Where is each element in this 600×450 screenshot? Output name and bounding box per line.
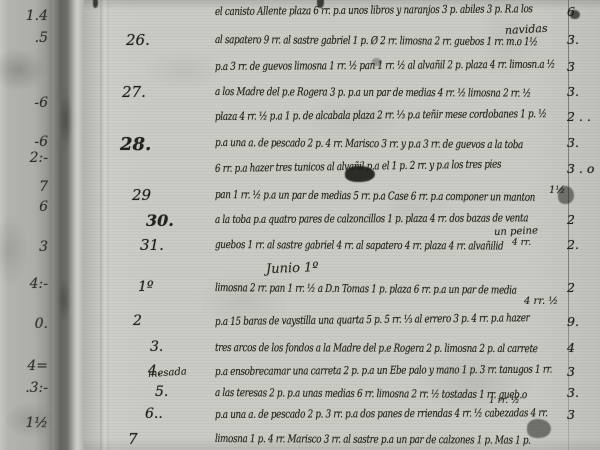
ink-blot-artifact	[558, 186, 574, 204]
entry-number: 31.	[140, 236, 164, 254]
ledger-row: 31.guebos 1 rr. al sastre gabriel 4 rr. …	[0, 238, 600, 260]
entry-line-text: p.a 3 rr. de guevos limosna 1 rr. ½ pan …	[215, 58, 555, 73]
entry-line-text: guebos 1 rr. al sastre gabriel 4 rr. al …	[215, 238, 503, 253]
ledger-row: 2p.a 15 baras de vaystilla una quarta 5 …	[0, 315, 600, 337]
entry-line-text: al sapatero 9 rr. al sastre gabriel 1 p.…	[215, 33, 538, 48]
month-heading: Junio 1º	[266, 260, 319, 277]
entry-total: 2	[567, 212, 575, 227]
ledger-row: 3.tres arcos de los fondos a la Madre de…	[0, 341, 600, 363]
entry-line-text: plaza 4 rr. ½ p.a 1 p. de alcabala plaza…	[215, 107, 547, 123]
entry-number: 2	[133, 313, 142, 329]
entry-line-text: el canisto Allente plaza 6 rr. p.a unos …	[215, 2, 533, 18]
marginal-note: 1 rr. ½	[489, 396, 520, 406]
entry-line-text: limosna 2 rr. pan 1 rr. ½ a D.n Tomas 1 …	[215, 281, 517, 297]
entry-number: 28.	[120, 134, 151, 155]
entry-line-text: pan 1 rr. ½ p.a un par de medias 5 rr. p…	[215, 188, 535, 204]
entry-number: 1º	[138, 279, 154, 295]
entry-number: 26.	[126, 31, 150, 49]
entry-number: 29	[132, 186, 151, 204]
manuscript-ledger-photo: 1.4.5-6-62:-7634:-0.4=.3:-1½ el canisto …	[0, 0, 600, 450]
entry-line-text: p.a una a. de pescado 2 p. 4 rr. Marisco…	[215, 136, 523, 151]
entry-total: 3	[567, 59, 575, 74]
ink-blot-artifact	[527, 419, 551, 438]
entry-number: 3.	[150, 339, 163, 355]
ledger-row: 1ºlimosna 2 rr. pan 1 rr. ½ a D.n Tomas …	[0, 281, 600, 303]
marginal-note: un peine	[494, 225, 538, 238]
entry-number: 27.	[122, 83, 146, 101]
entry-total: 3	[567, 364, 575, 379]
ink-blot-artifact	[345, 166, 375, 182]
entry-total: 3.	[567, 84, 579, 99]
entry-number: 30.	[146, 211, 174, 230]
entry-line-text: a los Madre del p.e Rogera 3 p. p.a un p…	[215, 85, 531, 100]
entry-total: 3.	[567, 385, 579, 400]
marginal-note: navidas	[505, 22, 548, 37]
ink-blot-artifact	[372, 58, 382, 66]
entry-line-text: p.a ensobrecamar una carreta 2 p. p.a un…	[215, 363, 552, 378]
entry-number: 5.	[155, 384, 168, 400]
entry-line-text: limosna 1 p. 4 rr. Marisco 3 rr. al sast…	[215, 432, 531, 447]
ledger-row: 28.p.a una a. de pescado 2 p. 4 rr. Mari…	[0, 136, 600, 158]
entry-total: 9.	[567, 314, 579, 329]
ledger-row: 6 rr. p.a hazer tres tunicos al alvañil …	[0, 162, 600, 184]
entry-total: 3 . o	[567, 161, 594, 176]
entry-total: 3.	[567, 135, 579, 150]
entry-total: 2	[567, 280, 575, 295]
ledger-row: 7limosna 1 p. 4 rr. Marisco 3 rr. al sas…	[0, 432, 600, 450]
entry-line-text: p.a una a. de pescado 2 p. 3 rr. p.a dos…	[215, 406, 548, 421]
entry-total: 3.	[567, 32, 579, 47]
entry-line-text: tres arcos de los fondos a la Madre del …	[215, 341, 538, 355]
entry-total: 2 . .	[567, 109, 591, 124]
ink-blot-artifact	[570, 10, 580, 19]
ledger-row: p.a 3 rr. de guevos limosna 1 rr. ½ pan …	[0, 60, 600, 82]
entry-line-text: a las teresas 2 p. p.a unas medias 6 rr.…	[215, 386, 527, 401]
ledger-row: 4.p.a ensobrecamar una carreta 2 p. p.a …	[0, 365, 600, 387]
ledger-row: 6..p.a una a. de pescado 2 p. 3 rr. p.a …	[0, 408, 600, 430]
ledger-row: plaza 4 rr. ½ p.a 1 p. de alcabala plaza…	[0, 110, 600, 132]
marginal-note: 4 rr. ½	[524, 296, 558, 307]
entry-line-text: p.a 15 baras de vaystilla una quarta 5 p…	[215, 311, 530, 328]
entry-number: 7	[128, 430, 138, 448]
marginal-note: 4 rr.	[512, 238, 531, 248]
entry-number: 6..	[145, 406, 163, 422]
entry-total: 2.	[567, 237, 579, 252]
ledger-row: 27.a los Madre del p.e Rogera 3 p. p.a u…	[0, 85, 600, 107]
ledger-row: 29pan 1 rr. ½ p.a un par de medias 5 rr.…	[0, 188, 600, 210]
entry-total: 3	[567, 407, 575, 422]
entry-line-text: a la toba p.a quatro pares de calzoncill…	[215, 211, 528, 226]
entry-total: 4	[567, 340, 575, 355]
